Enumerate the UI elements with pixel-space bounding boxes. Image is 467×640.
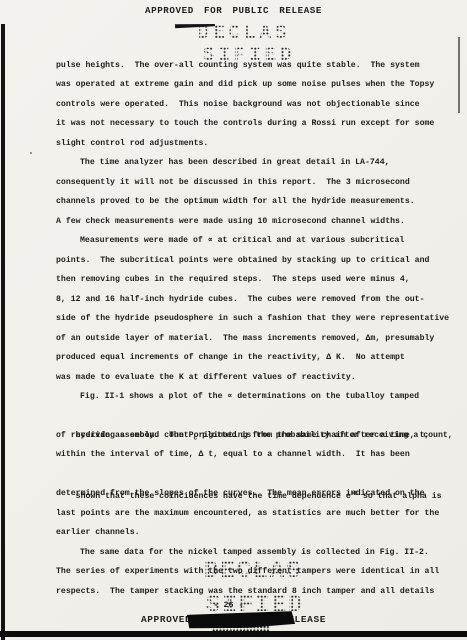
text-line: Measurements were made of ∝ at critical …	[56, 231, 462, 250]
text-line: of receiving a second count originating …	[56, 426, 462, 445]
text-line: points. The subcritical points were obta…	[56, 251, 462, 270]
text-line: then removing cubes in the required step…	[56, 270, 462, 289]
text-line: channels proved to be the optimum width …	[56, 192, 462, 211]
text-line: it was not necessary to touch the contro…	[56, 114, 462, 133]
text-line: controls were operated. This noise backg…	[56, 95, 462, 114]
svg-text:DECLAS: DECLAS	[204, 558, 302, 585]
text-line: of an outside layer of material. The mas…	[56, 329, 462, 348]
text-line: hydride assembly. The Pc plotted is the …	[56, 406, 462, 425]
svg-text:SIFIED: SIFIED	[203, 44, 295, 66]
text-line: A few check measurements were made using…	[56, 212, 462, 231]
text-line: last points are the maximum encountered,…	[56, 504, 462, 523]
document-page: { "page": { "header": "APPROVED FOR PUBL…	[0, 0, 467, 640]
scan-speck	[30, 152, 32, 154]
text-line: within the interval of time, Δ t, equal …	[56, 445, 462, 464]
text-line: was made to evaluate the K at different …	[56, 368, 462, 387]
body-text: pulse heights. The over-all counting sys…	[56, 56, 462, 601]
scan-edge-bottom	[0, 631, 467, 637]
scan-edge-left	[1, 24, 5, 640]
declassified-stamp-top-line2: SIFIED	[203, 44, 323, 68]
declassified-stamp-top-line1: DECLAS	[198, 22, 318, 46]
text-line: side of the hydride pseudosphere in such…	[56, 309, 462, 328]
text-line: 8, 12 and 16 half-inch hydride cubes. Th…	[56, 290, 462, 309]
text-line: slight control rod adjustments.	[56, 134, 462, 153]
text-line: The time analyzer has been described in …	[56, 153, 462, 172]
text-line: Fig. II-1 shows a plot of the ∝ determin…	[56, 387, 462, 406]
scan-edge-right	[458, 37, 460, 113]
text-line: was operated at extreme gain and did pic…	[56, 75, 462, 94]
text-line: consequently it will not be discussed in…	[56, 173, 462, 192]
text-line: earlier channels.	[56, 523, 462, 542]
text-line: determined from the slopes of the curves…	[56, 484, 462, 503]
text-line: shown that these coincidences have the t…	[56, 465, 462, 484]
text-line: produced equal increments of change in t…	[56, 348, 462, 367]
declassified-stamp-bottom-line1: DECLAS	[204, 558, 334, 586]
header-banner: APPROVED FOR PUBLIC RELEASE	[0, 5, 467, 16]
